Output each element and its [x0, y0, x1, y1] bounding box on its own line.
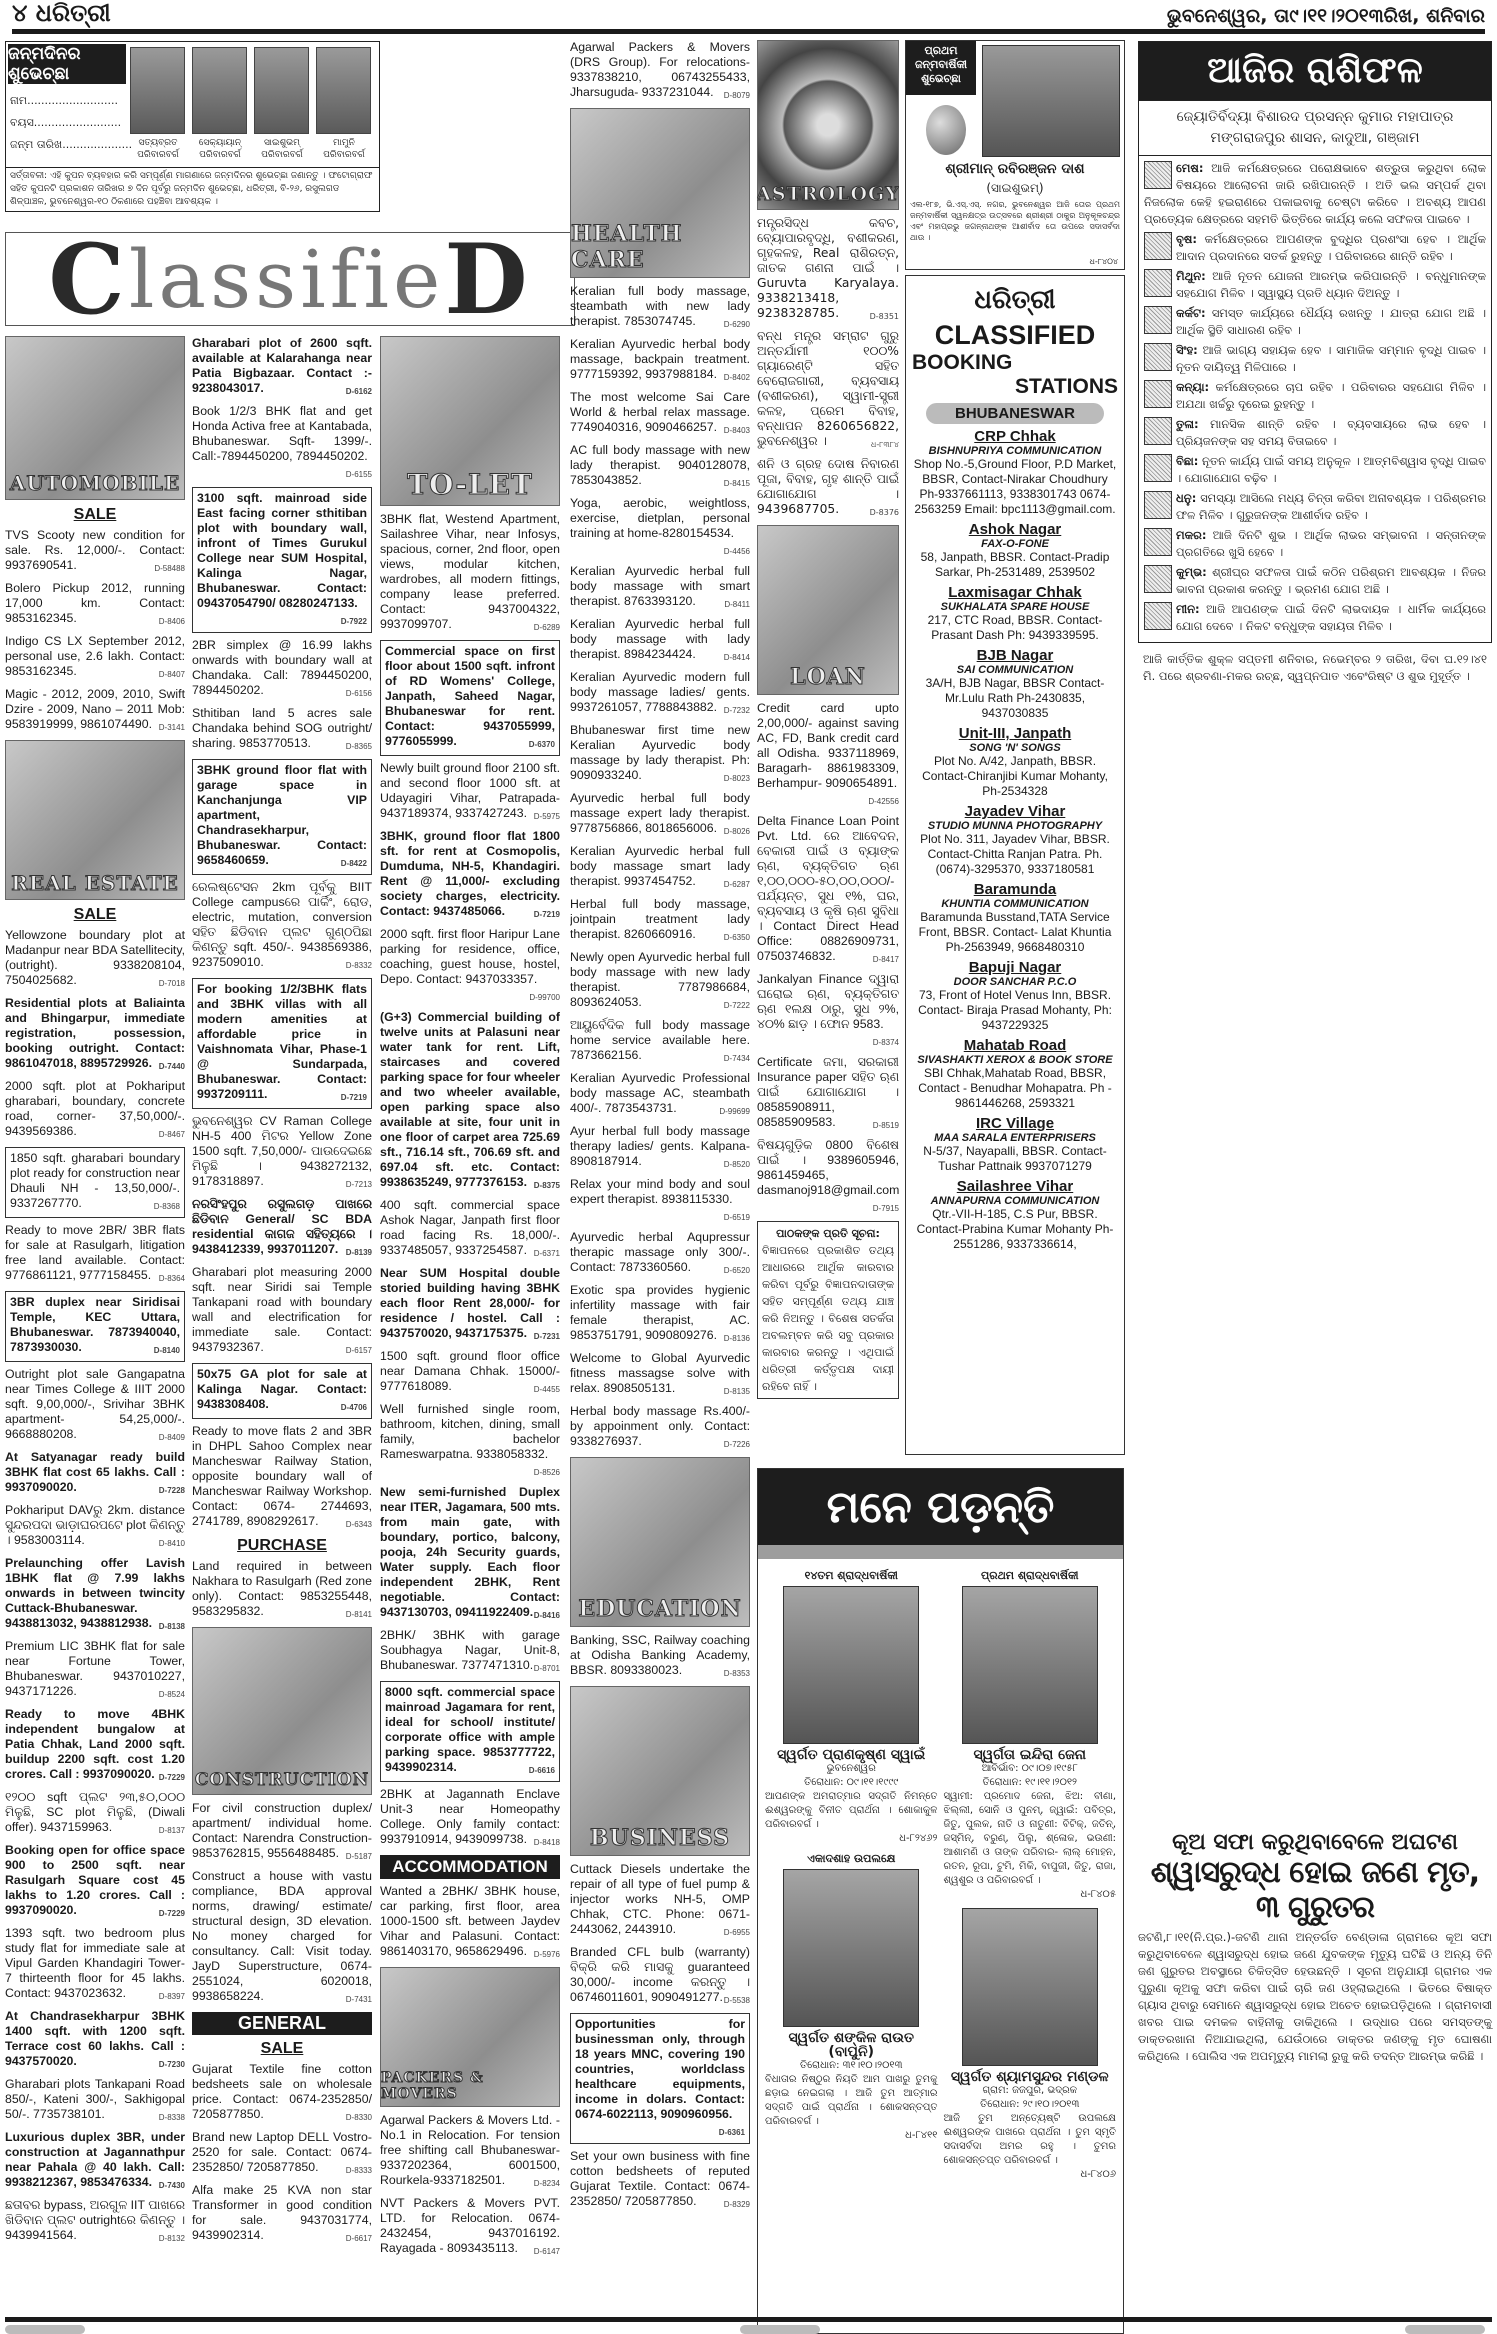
astrology-image: ASTROLOGY	[757, 40, 899, 210]
classified-ad: ରେଲଷ୍ଟେସନ 2km ପୂର୍ବକୁ BIIT College campu…	[192, 880, 372, 973]
station-details: 3A/H, BJB Nagar, BBSR Contact-Mr.Lulu Ra…	[912, 676, 1118, 721]
station-company: STUDIO MUNNA PHOTOGRAPHY	[912, 820, 1118, 832]
balloons-icon	[926, 105, 966, 155]
image-label: EDUCATION	[578, 1596, 741, 1622]
ad-text: Opportunities for businessman only, thro…	[575, 2017, 745, 2121]
zodiac-icon	[1144, 454, 1172, 482]
classified-ad: Herbal full body massage, jointpain trea…	[570, 897, 750, 945]
classified-ad: Delta Finance Loan Point Pvt. Ltd. ରେ ଆବ…	[757, 814, 899, 967]
ad-code: D-6616	[529, 1763, 555, 1778]
station-name: BJB Nagar	[912, 647, 1118, 664]
station-company: FAX-O-FONE	[912, 538, 1118, 550]
classified-ad: 3100 sqft. mainroad side East facing cor…	[192, 487, 372, 633]
ad-text: Construct a house with vastu compliance,…	[192, 1869, 372, 2003]
station-list: CRP ChhakBISHNUPRIYA COMMUNICATIONShop N…	[912, 428, 1118, 1252]
classified-ad: For civil construction duplex/ apartment…	[192, 1801, 372, 1864]
classified-ad: Near SUM Hospital double storied buildin…	[380, 1266, 560, 1344]
ad-code: D-8135	[724, 1384, 750, 1399]
ad-code: D-4456	[724, 544, 750, 559]
classified-ad: Keralian full body massage, steambath wi…	[570, 284, 750, 332]
ad-code: D-6361	[719, 2125, 745, 2140]
obituary-banner: ମନେ ପଡ଼ନ୍ତି	[758, 1469, 1123, 1559]
reader-notice: ପାଠକଙ୍କ ପ୍ରତି ସୂଚନା: ବିଜ୍ଞାପନରେ ପ୍ରକାଶିତ…	[757, 1221, 899, 1399]
image-label: AUTOMOBILE	[10, 471, 180, 495]
ad-code: D-8526	[534, 1465, 560, 1480]
classified-ad: Sthitiban land 5 acres sale Chandaka beh…	[192, 706, 372, 754]
classified-ad: Newly open Ayurvedic herbal full body ma…	[570, 950, 750, 1013]
column-astrology-loan: ASTROLOGY ମନ୍ତ୍ରସିଦ୍ଧ କବଚ, ବ୍ୟୋପାରବୃଦ୍ଧି…	[757, 40, 899, 1465]
kid-card: ସତ୍ୟବ୍ରତପରିବାରବର୍ଗ	[130, 47, 186, 161]
ad-code: D-8376	[870, 505, 899, 520]
ad-code: D-7228	[159, 1483, 185, 1498]
kid-photo	[316, 47, 371, 134]
ad-code: D-6156	[346, 686, 372, 701]
classified-ad: Jankalyan Finance ଦ୍ୱାରା ଘରୋଇ ଋଣ, ବ୍ୟକ୍ତ…	[757, 972, 899, 1050]
classified-ad: Cuttack Diesels undertake the repair of …	[570, 1862, 750, 1940]
ad-code: D-42556	[868, 794, 899, 809]
classified-ad: ନରସିଂହପୁର ରସୁଲଗଡ଼ ପାଖରେ ଛିଡିବାନ General/…	[192, 1197, 372, 1260]
kid-photo	[130, 47, 185, 134]
sign-name: ମୀନ:	[1176, 602, 1200, 616]
dharitri-logo: ଧରିତ୍ରୀ	[912, 280, 1118, 320]
ad-code: ଧ-୮୩୮୪	[871, 437, 899, 452]
panchang-note: ଆଜି କାର୍ତ୍ତିକ ଶୁକ୍ଳ ସପ୍ତମୀ ଶନିବାର, ନଭେମ୍…	[1138, 643, 1492, 689]
first-birthday-title: ପ୍ରଥମ ଜନ୍ମବାର୍ଷିକୀ ଶୁଭେଚ୍ଛା	[906, 41, 976, 95]
city-pill: BHUBANESWAR	[926, 403, 1104, 424]
booking-station: BaramundaKHUNTIA COMMUNICATIONBaramunda …	[912, 881, 1118, 955]
ad-code: D-8333	[346, 2163, 372, 2178]
ad-code: D-4455	[534, 1382, 560, 1397]
image-label: PACKERS & MOVERS	[381, 2070, 559, 2102]
booking-station: Laxmisagar ChhakSUKHALATA SPARE HOUSE217…	[912, 584, 1118, 643]
sign-text: ସମସ୍ୟା ଆସିଲେ ମଧ୍ୟ ଚିନ୍ତା କରିବା ଅନାବଶ୍ୟକ …	[1176, 491, 1486, 522]
booking-station: BJB NagarSAI COMMUNICATION3A/H, BJB Naga…	[912, 647, 1118, 721]
ad-code: D-7922	[341, 614, 367, 629]
classified-ad: Gharabari plot of 2600 sqft. available a…	[192, 336, 372, 399]
station-company: SONG 'N' SONGS	[912, 742, 1118, 754]
ad-code: D-8409	[159, 1430, 185, 1445]
stations-heading: STATIONS	[912, 375, 1118, 399]
kid-family: ପରିବାରବର୍ଗ	[192, 149, 248, 161]
ad-code: D-8422	[341, 856, 367, 871]
birthday-coupon: ଜନ୍ମଦିନର ଶୁଭେଚ୍ଛା ନାମ...................…	[5, 41, 380, 212]
ad-code: D-8410	[159, 1536, 185, 1551]
ad-code: D-5187	[346, 1849, 372, 1864]
ad-code: D-8418	[534, 1835, 560, 1850]
classified-ad: For booking 1/2/3BHK flats and 3BHK vill…	[192, 978, 372, 1109]
kid-name: ମାମୁନି	[316, 137, 372, 149]
ad-code: D-8234	[534, 2176, 560, 2191]
station-details: N-5/37, Nayapalli, BBSR. Contact-Tushar …	[912, 1144, 1118, 1174]
classified-ad: Residential plots at Baliainta and Bhing…	[5, 996, 185, 1074]
classified-ad: ମନ୍ତ୍ରସିଦ୍ଧ କବଚ, ବ୍ୟୋପାରବୃଦ୍ଧି, ବଶୀକରଣ, …	[757, 216, 899, 324]
ad-code: D-8519	[873, 1118, 899, 1133]
ad-code: D-8415	[724, 476, 750, 491]
sign-text: ଶ୍ରୀଘ୍ର ସଫଳତା ପାଇଁ କଠିନ ପରିଶ୍ରମ ଆବଶ୍ୟକ ।…	[1176, 565, 1486, 596]
classified-ad: 2BR simplex @ 16.99 lakhs onwards with b…	[192, 638, 372, 701]
image-label: ASTROLOGY	[757, 183, 899, 205]
image-label: BUSINESS	[590, 1825, 730, 1851]
ad-code: D-8330	[346, 2110, 372, 2125]
classified-ad: 3BHK, ground floor flat 1800 sft. for re…	[380, 829, 560, 922]
classified-ad: ଭୁବନେଶ୍ୱର CV Raman College NH-5 400 ମିଟର…	[192, 1114, 372, 1192]
obituary-date: ତିରୋଧାନ: ୦୯।୧୧।୧୯୯୯	[765, 1776, 938, 1790]
ad-code: D-8139	[346, 1245, 372, 1260]
birthday-title: ଜନ୍ମଦିନର ଶୁଭେଚ୍ଛା	[8, 44, 126, 84]
zodiac-icon	[1144, 528, 1172, 556]
ad-code: D-8136	[724, 1331, 750, 1346]
image-label: LOAN	[790, 664, 866, 690]
horoscope-author: ଜ୍ୟୋତିର୍ବିଦ୍ୟା ବିଶାରଦ ପ୍ରସନ୍ନ କୁମାର ମହାପ…	[1138, 101, 1492, 156]
ad-text: 8000 sqft. commercial space mainroad Jag…	[385, 1685, 555, 1774]
booking-station: Bapuji NagarDOOR SANCHAR P.C.O73, Front …	[912, 959, 1118, 1033]
age-field: ବୟସ.........................	[10, 112, 132, 134]
sign-text: କର୍ମକ୍ଷେତ୍ରରେ ଚାପ ରହିବ । ପରିବାରର ସହଯୋଗ ମ…	[1176, 380, 1486, 411]
deceased-name: ସ୍ୱର୍ଗତ ଶ୍ୟାମସୁନ୍ଦର ମଣ୍ଡଳ	[944, 2070, 1117, 2084]
station-company: KHUNTIA COMMUNICATION	[912, 898, 1118, 910]
classified-ad: TVS Scooty new condition for sale. Rs. 1…	[5, 528, 185, 576]
station-details: 73, Front of Hotel Venus Inn, BBSR. Cont…	[912, 988, 1118, 1033]
classified-ad: Keralian Ayurvedic modern full body mass…	[570, 670, 750, 718]
classified-ad: Opportunities for businessman only, thro…	[570, 2013, 750, 2144]
classified-ad: 1500 sqft. ground floor office near Dama…	[380, 1349, 560, 1397]
kid-name: ସତ୍ୟବ୍ରତ	[130, 137, 186, 149]
ad-text: 3BHK, ground floor flat 1800 sft. for re…	[380, 829, 560, 918]
ad-code: D-6519	[724, 1210, 750, 1225]
column-health-education-business: Agarwal Packers & Movers (DRS Group). Fo…	[570, 40, 750, 2311]
station-details: 58, Janpath, BBSR. Contact-Pradip Sarkar…	[912, 550, 1118, 580]
health-care-image: HEALTH CARE	[570, 108, 750, 278]
station-details: SBI Chhak,Mahatab Road, BBSR, Contact - …	[912, 1066, 1118, 1111]
ad-code: D-7231	[534, 1329, 560, 1344]
station-details: Shop No.-5,Ground Floor, P.D Market, BBS…	[912, 457, 1118, 517]
classified-ad: Gharabari plot measuring 2000 sqft. near…	[192, 1265, 372, 1358]
horoscope-signs: ମେଷ: ଆଜି କର୍ମକ୍ଷେତ୍ରରେ ପରୋକ୍ଷଭାବେ ଶତ୍ରୁତ…	[1138, 156, 1492, 643]
obituary-photo	[962, 1908, 1098, 2066]
ad-code: D-8701	[534, 1661, 560, 1676]
ad-code: D-6157	[346, 1343, 372, 1358]
ad-code: D-8023	[724, 771, 750, 786]
classified-ad: Keralian Ayurvedic herbal full body mass…	[570, 564, 750, 612]
station-details: Plot No. 311, Jayadev Vihar, BBSR. Conta…	[912, 832, 1118, 877]
ad-code: D-7222	[724, 998, 750, 1013]
classified-ad: Ayur herbal full body massage therapy la…	[570, 1124, 750, 1172]
classified-ad: Gujarat Textile fine cotton bedsheets sa…	[192, 2062, 372, 2125]
ad-code: D-7219	[534, 907, 560, 922]
ad-text: Yoga, aerobic, weightloss, exercise, die…	[570, 496, 750, 540]
obituary-sub: ଭୁବନେଶ୍ୱର	[765, 1762, 938, 1776]
kid-photo	[254, 47, 309, 134]
classified-ad: 8000 sqft. commercial space mainroad Jag…	[380, 1681, 560, 1782]
classified-ad: 3BR duplex near Siridisai Temple, KEC Ut…	[5, 1291, 185, 1362]
sign-name: ତୁଳା:	[1176, 417, 1199, 431]
horoscope-sign: ବୃଷ: କର୍ମକ୍ଷେତ୍ରରେ ଆପଣଙ୍କ ବୁଦ୍ଧିର ପ୍ରଶଂସ…	[1144, 231, 1486, 265]
news-headline: ଶ୍ୱାସରୁଦ୍ଧ ହୋଇ ଜଣେ ମୃତ, ୩ ଗୁରୁତର	[1138, 1855, 1492, 1925]
obituary-sub: ଆବିର୍ଭାବ: ୦୯।୦୭।୧୯୫୮	[944, 1762, 1117, 1776]
footer-tab	[740, 2325, 820, 2334]
classified-ad: Ready to move 4BHK independent bungalow …	[5, 1707, 185, 1785]
booking-stations: ଧରିତ୍ରୀ CLASSIFIED BOOKING STATIONS BHUB…	[905, 275, 1125, 1455]
horoscope-sign: ସିଂହ: ଆଜି ଭାଗ୍ୟ ସହାୟକ ହେବ । ସାମାଜିକ ସମ୍ମ…	[1144, 342, 1486, 376]
station-name: Sailashree Vihar	[912, 1178, 1118, 1195]
logo-c: C	[48, 223, 128, 336]
author-name: ଜ୍ୟୋତିର୍ବିଦ୍ୟା ବିଶାରଦ ପ୍ରସନ୍ନ କୁମାର ମହାପ…	[1145, 107, 1485, 128]
ad-code: D-8338	[159, 2110, 185, 2125]
ad-code: D-6162	[346, 384, 372, 399]
to-let-image: TO-LET	[380, 336, 560, 506]
classified-ad: Booking open for office space 900 to 250…	[5, 1843, 185, 1921]
classified-ad: Commercial space on first floor about 15…	[380, 640, 560, 756]
kid-name: ସେକ୍ୟାୟାନ୍	[192, 137, 248, 149]
ad-text: 3BHK flat, Westend Apartment, Sailashree…	[380, 512, 560, 631]
station-name: Bapuji Nagar	[912, 959, 1118, 976]
notice-title: ପାଠକଙ୍କ ପ୍ରତି ସୂଚନା:	[762, 1225, 894, 1242]
obituary-heading: ଏକାଦଶାହ ଉପଲକ୍ଷେ	[765, 1852, 938, 1866]
ad-code: D-7915	[873, 1201, 899, 1216]
classified-ad: Pokhariput DAVରୁ 2km. distance ସୁନ୍ଦରପଦା…	[5, 1503, 185, 1551]
first-birthday-ad: ପ୍ରଥମ ଜନ୍ମବାର୍ଷିକୀ ଶୁଭେଚ୍ଛା ଶ୍ରୀମାନ୍ ରବି…	[905, 40, 1125, 270]
name-field: ନାମ..........................	[10, 90, 132, 112]
ad-code: D-8402	[724, 370, 750, 385]
ad-text: Book 1/2/3 BHK flat and get Honda Activa…	[192, 404, 372, 463]
ad-code: D-8520	[724, 1157, 750, 1172]
ad-code: ଧ-୮୪୦୬	[944, 2168, 1117, 2182]
classified-ad: Yoga, aerobic, weightloss, exercise, die…	[570, 496, 750, 559]
ad-code: D-6350	[724, 930, 750, 945]
ad-code: D-7230	[159, 2057, 185, 2072]
classified-ad: Ready to move flats 2 and 3BR in DHPL Sa…	[192, 1424, 372, 1532]
classified-ad: ୧୨୦୦ sqft ପ୍ଲଟ ୨୩,୫୦,୦୦୦ ମିଳୁଛି, SC plot…	[5, 1790, 185, 1838]
obituary-text: ସ୍ୱାମୀ: ପ୍ରମୋଦ ଜେନା, ଝିଅ: ବୀଣା, ଝିଲ୍ଲୀ, …	[944, 1790, 1117, 1888]
ad-text: Credit card upto 2,00,000/- against savi…	[757, 701, 899, 790]
ad-text: ମନ୍ତ୍ରସିଦ୍ଧ କବଚ, ବ୍ୟୋପାରବୃଦ୍ଧି, ବଶୀକରଣ, …	[757, 216, 899, 320]
classified-ad: 2BHK at Jagannath Enclave Unit-3 near Ho…	[380, 1787, 560, 1850]
obituary-sub: ଗ୍ରାମ: ଜଜପୁର, ଭଦ୍ରକ	[944, 2084, 1117, 2098]
zodiac-icon	[1144, 565, 1172, 593]
booking-station: Mahatab RoadSIVASHAKTI XEROX & BOOK STOR…	[912, 1037, 1118, 1111]
classified-ad: ଆୟୁର୍ବେଦିକ full body massage home servic…	[570, 1018, 750, 1066]
classified-ad: Yellowzone boundary plot at Madanpur nea…	[5, 928, 185, 991]
ad-code: D-8406	[159, 614, 185, 629]
classified-ad: Indigo CS LX September 2012, personal us…	[5, 634, 185, 682]
birthday-fields: ନାମ.......................... ବୟସ.......…	[10, 90, 132, 156]
dateline: ଭୁବନେଶ୍ୱର, ତା୯।୧୧।୨୦୧୩ରିଖ, ଶନିବାର	[1167, 5, 1485, 27]
station-name: Ashok Nagar	[912, 521, 1118, 538]
classified-ad: Set your own business with fine cotton b…	[570, 2149, 750, 2212]
booking-station: CRP ChhakBISHNUPRIYA COMMUNICATIONShop N…	[912, 428, 1118, 517]
sign-name: କର୍କଟ:	[1176, 306, 1206, 320]
classified-ad: Outright plot sale Gangapatna near Times…	[5, 1367, 185, 1445]
zodiac-icon	[1144, 232, 1172, 260]
masthead: ୪ ଧରିତ୍ରୀ ଭୁବନେଶ୍ୱର, ତା୯।୧୧।୨୦୧୩ରିଖ, ଶନି…	[12, 0, 1485, 34]
classified-ad: ବିଷୟଗୁଡ଼ିକ 0800 ବିଶେଷ ପାଇଁ । 9389605946,…	[757, 1138, 899, 1216]
section-heading: SALE	[5, 906, 185, 924]
ad-code: D-8417	[873, 952, 899, 967]
classified-ad: Construct a house with vastu compliance,…	[192, 1869, 372, 2007]
ad-text: 3100 sqft. mainroad side East facing cor…	[197, 491, 367, 610]
ad-code: D-58488	[154, 561, 185, 576]
station-name: Mahatab Road	[912, 1037, 1118, 1054]
ad-code: D-5538	[724, 1993, 750, 2008]
ad-code: D-8332	[346, 958, 372, 973]
ad-code: D-6147	[534, 2244, 560, 2259]
ad-code: D-8329	[724, 2197, 750, 2212]
classified-ad: Keralian Ayurvedic Professional body mas…	[570, 1071, 750, 1119]
station-company: SUKHALATA SPARE HOUSE	[912, 601, 1118, 613]
classified-ad: Welcome to Global Ayurvedic fitness mass…	[570, 1351, 750, 1399]
zodiac-icon	[1144, 491, 1172, 519]
ad-code: D-4706	[341, 1400, 367, 1415]
section-heading: PURCHASE	[192, 1537, 372, 1555]
ad-code: D-3141	[159, 720, 185, 735]
ad-code: D-8467	[159, 1127, 185, 1142]
classified-ad: ଶନି ଓ ଗ୍ରହ ଦୋଷ ନିବାରଣ ପୂଜା, ବିବାହ, ଗୃହ ଶ…	[757, 457, 899, 520]
ad-text: Well furnished single room, bathroom, ki…	[380, 1402, 560, 1461]
classified-ad: At Satyanagar ready build 3BHK flat cost…	[5, 1450, 185, 1498]
image-label: HEALTH CARE	[571, 221, 749, 273]
station-name: Laxmisagar Chhak	[912, 584, 1118, 601]
ad-text: Gharabari plot measuring 2000 sqft. near…	[192, 1265, 372, 1354]
classified-ad: Relax your mind body and soul expert the…	[570, 1177, 750, 1225]
ad-code: D-7431	[346, 1992, 372, 2007]
classified-ad: Gharabari plots Tankapani Road 850/-, Ka…	[5, 2077, 185, 2125]
ad-code: D-7018	[159, 976, 185, 991]
obituary-date: ତିରୋଧାନ: ୩୧।୧୦।୨୦୧୩	[765, 2059, 938, 2073]
station-details: Plot No. A/42, Janpath, BBSR. Contact-Ch…	[912, 754, 1118, 799]
ad-text: Jankalyan Finance ଦ୍ୱାରା ଘରୋଇ ଋଣ, ବ୍ୟକ୍ତ…	[757, 972, 899, 1031]
classified-ad: Ready to move 2BR/ 3BR flats for sale at…	[5, 1223, 185, 1286]
sign-name: କୁମ୍ଭ:	[1176, 565, 1207, 579]
ad-code: D-8351	[870, 309, 899, 324]
ad-code: D-8026	[724, 824, 750, 839]
booking-heading: BOOKING	[912, 351, 1118, 375]
obituary-section: ମନେ ପଡ଼ନ୍ତି ୧୪ତମ ଶ୍ରାଦ୍ଧବାର୍ଷିକୀସ୍ୱର୍ଗତ …	[757, 1468, 1124, 2334]
station-company: SIVASHAKTI XEROX & BOOK STORE	[912, 1054, 1118, 1066]
sign-name: ଧନୁ:	[1176, 491, 1196, 505]
classified-ad: Premium LIC 3BHK flat for sale near Fort…	[5, 1639, 185, 1702]
zodiac-icon	[1144, 161, 1172, 189]
horoscope-sign: କର୍କଟ: ସମସ୍ତ କାର୍ଯ୍ୟରେ ଧୈର୍ଯ୍ୟ ରଖନ୍ତୁ । …	[1144, 305, 1486, 339]
station-details: Baramunda Busstand,TATA Service Front, B…	[912, 910, 1118, 955]
ad-code: D-6617	[346, 2231, 372, 2246]
kid-family: ପରିବାରବର୍ଗ	[254, 149, 310, 161]
ad-code: D-8374	[873, 1035, 899, 1050]
booking-station: Jayadev ViharSTUDIO MUNNA PHOTOGRAPHYPlo…	[912, 803, 1118, 877]
packers-movers-image: PACKERS & MOVERS	[380, 1967, 560, 2107]
obituary-right-column: ପ୍ରଥମ ଶ୍ରାଦ୍ଧବାର୍ଷିକୀସ୍ୱର୍ଗତା ଇନ୍ଦିରା ଜେ…	[941, 1563, 1120, 2182]
general-banner: GENERAL	[192, 2012, 372, 2035]
booking-station: Unit-III, JanpathSONG 'N' SONGSPlot No. …	[912, 725, 1118, 799]
ad-code: D-8364	[159, 1271, 185, 1286]
ad-code: D-8353	[724, 1666, 750, 1681]
ad-code: D-8138	[159, 1619, 185, 1634]
classified-ad: AC full body massage with new lady thera…	[570, 443, 750, 491]
classified-ad: 400 sqft. commercial space Ashok Nagar, …	[380, 1198, 560, 1261]
real-estate-image: REAL ESTATE	[5, 740, 185, 900]
sign-name: ସିଂହ:	[1176, 343, 1198, 357]
sign-text: ଆଜି ଆପଣଙ୍କ ପାଇଁ ଦିନଟି ଲାଭଦାୟକ । ଧାର୍ମିକ …	[1176, 602, 1486, 633]
sign-text: ଆଜି ଭାଗ୍ୟ ସହାୟକ ହେବ । ସାମାଜିକ ସମ୍ମାନ ବୃଦ…	[1176, 343, 1486, 374]
ad-code: D-99700	[529, 990, 560, 1005]
baby-nickname: (ସାଇଶୁଭମ୍)	[906, 181, 1124, 196]
classified-ad: 2000 sqft. plot at Pokhariput gharabari,…	[5, 1079, 185, 1142]
horoscope-sign: ଧନୁ: ସମସ୍ୟା ଆସିଲେ ମଧ୍ୟ ଚିନ୍ତା କରିବା ଅନାବ…	[1144, 490, 1486, 524]
horoscope-title: ଆଜିର ରାଶିଫଳ	[1138, 41, 1492, 101]
classified-ad: Keralian Ayurvedic herbal full body mass…	[570, 617, 750, 665]
automobile-image: AUTOMOBILE	[5, 336, 185, 500]
education-image: EDUCATION	[570, 1457, 750, 1627]
obituary-date: ତିରୋଧାନ: ୨୯।୧୦।୨୦୧୩	[944, 2098, 1117, 2112]
ad-code: D-8137	[159, 1823, 185, 1838]
baby-name: ଶ୍ରୀମାନ୍ ରବିରଞ୍ଜନ ଦାଶ	[906, 161, 1124, 177]
ad-code: ଧ-୮୨୪୬୨	[765, 1832, 938, 1846]
horoscope-sign: କନ୍ୟା: କର୍ମକ୍ଷେତ୍ରରେ ଚାପ ରହିବ । ପରିବାରର …	[1144, 379, 1486, 413]
baby-photo	[982, 45, 1120, 157]
classified-ad: 1393 sqft. two bedroom plus study flat f…	[5, 1926, 185, 2004]
ad-text: 3BHK ground floor flat with garage space…	[197, 763, 367, 867]
sign-name: ବୃଷ:	[1176, 232, 1197, 246]
kid-family: ପରିବାରବର୍ଗ	[316, 149, 372, 161]
obituary-photo	[962, 1586, 1098, 1744]
author-place: ମଙ୍ଗରାଜପୁର ଶାସନ, କାଦୁଆ, ଗଞ୍ଜାମ	[1145, 128, 1485, 149]
ad-code: D-8397	[159, 1989, 185, 2004]
ad-code: D-7229	[159, 1770, 185, 1785]
footer-tab	[1405, 2325, 1485, 2334]
obituary-photo	[783, 1869, 919, 2027]
ad-text: Delta Finance Loan Point Pvt. Ltd. ରେ ଆବ…	[757, 814, 899, 963]
kid-card: ସେକ୍ୟାୟାନ୍ପରିବାରବର୍ଗ	[192, 47, 248, 161]
classified-ad: Keralian Ayurvedic herbal body massage, …	[570, 337, 750, 385]
obituary-text: ଆଜି ତୁମ ଅନ୍ତ୍ୟେଷ୍ଟି ଉପଲକ୍ଷେ ଈଶ୍ୱରଙ୍କ ପାଖ…	[944, 2112, 1117, 2168]
classified-ad: ଛତାବର bypass, ଅରଗୁଳ IIT ପାଖରେ ଖିଡିବାନ ପ୍…	[5, 2198, 185, 2246]
ad-code: D-6290	[724, 317, 750, 332]
station-company: MAA SARALA ENTERPRISERS	[912, 1132, 1118, 1144]
zodiac-icon	[1144, 417, 1172, 445]
classified-ad: 2000 sqft. first floor Haripur Lane park…	[380, 927, 560, 1005]
ad-text: ବନ୍ଧ ମନ୍ତ୍ର ସମ୍ରାଟ ଗୁରୁ ଅନ୍ତର୍ଯାମୀ ୧୦୦% …	[757, 329, 899, 448]
accommodation-banner: ACCOMMODATION	[380, 1855, 560, 1879]
station-name: IRC Village	[912, 1115, 1118, 1132]
classified-ad: 3BHK ground floor flat with garage space…	[192, 759, 372, 875]
column-automobile-realestate: AUTOMOBILE SALE TVS Scooty new condition…	[5, 336, 185, 2311]
horoscope-section: ଆଜିର ରାଶିଫଳ ଜ୍ୟୋତିର୍ବିଦ୍ୟା ବିଶାରଦ ପ୍ରସନ୍…	[1138, 41, 1492, 689]
ad-code: D-8140	[154, 1343, 180, 1358]
ad-code: D-5975	[534, 809, 560, 824]
classified-ad: (G+3) Commercial building of twelve unit…	[380, 1010, 560, 1193]
ad-text: 2BHK/ 3BHK with garage Soubhagya Nagar, …	[380, 1628, 560, 1672]
classified-ad: Bhubaneswar first time new Keralian Ayur…	[570, 723, 750, 786]
ad-code: D-99699	[719, 1104, 750, 1119]
obituary-heading: ପ୍ରଥମ ଶ୍ରାଦ୍ଧବାର୍ଷିକୀ	[944, 1569, 1117, 1583]
classified-ad: Branded CFL bulb (warranty) ବିକ୍ରି କରି ମ…	[570, 1945, 750, 2008]
ad-code: D-6520	[724, 1263, 750, 1278]
ad-code: ଧ-୮୪୦୫	[944, 1888, 1117, 1902]
ad-code: D-7219	[341, 1090, 367, 1105]
page-footer-rule	[5, 2317, 1492, 2322]
classified-ad: Credit card upto 2,00,000/- against savi…	[757, 701, 899, 809]
ad-code: D-8368	[154, 1199, 180, 1214]
news-body: ଜଟଣି,୮।୧୧(ନି.ପ୍ର.)-ଜଟଣି ଥାନା ଅନ୍ତର୍ଗତ ବେ…	[1138, 1929, 1492, 2065]
ad-code: D-7430	[159, 2178, 185, 2193]
kid-card: ସାଇଶୁଭମ୍ପରିବାରବର୍ଗ	[254, 47, 310, 161]
logo-d: D	[444, 223, 531, 336]
news-kicker: କୂଅ ସଫା କରୁଥିବାବେଳେ ଅଘଟଣ	[1138, 1830, 1492, 1855]
ad-code: D-8416	[534, 1608, 560, 1623]
station-details: 217, CTC Road, BBSR. Contact-Prasant Das…	[912, 613, 1118, 643]
classified-ad: NVT Packers & Movers PVT. LTD. for Reloc…	[380, 2196, 560, 2259]
ad-code: D-6155	[346, 467, 372, 482]
horoscope-sign: ବିଛା: ନୂତନ କାର୍ଯ୍ୟ ପାଇଁ ସମୟ ଅନୁକୂଳ । ଆତ୍…	[1144, 453, 1486, 487]
